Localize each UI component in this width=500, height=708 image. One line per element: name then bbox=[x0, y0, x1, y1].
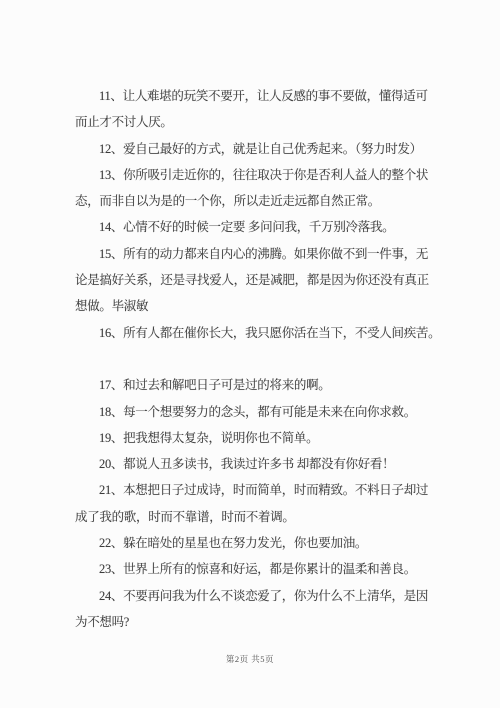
text-line: 16、所有人都在催你长大，我只愿你活在当下，不受人间疾苦。 bbox=[75, 320, 440, 346]
paragraph: 14、心情不好的时候一定要 多问问我，千万别冷落我。 bbox=[75, 214, 440, 240]
document-page: 11、让人难堪的玩笑不要开，让人反感的事不要做，懂得适可而止才不讨人厌。12、爱… bbox=[0, 0, 500, 708]
paragraph: 12、爱自己最好的方式，就是让自己优秀起来。（努力时发） bbox=[75, 136, 440, 162]
text-line: 12、爱自己最好的方式，就是让自己优秀起来。（努力时发） bbox=[75, 136, 440, 162]
text-line: 态，而非自以为是的一个你，所以走近走远都自然正常。 bbox=[75, 188, 440, 214]
paragraph: 19、把我想得太复杂，说明你也不简单。 bbox=[75, 425, 440, 451]
text-line: 而止才不讨人厌。 bbox=[75, 109, 440, 135]
text-line: 成了我的歌，时而不靠谱，时而不着调。 bbox=[75, 504, 440, 530]
text-line: 17、和过去和解吧日子可是过的将来的啊。 bbox=[75, 372, 440, 398]
paragraph: 13、你所吸引走近你的，往往取决于你是否利人益人的整个状态，而非自以为是的一个你… bbox=[75, 162, 440, 215]
paragraph: 15、所有的动力都来自内心的沸腾。如果你做不到一件事，无论是搞好关系，还是寻找爱… bbox=[75, 241, 440, 320]
text-line: 论是搞好关系，还是寻找爱人，还是减肥，都是因为你还没有真正 bbox=[75, 267, 440, 293]
text-line: 为不想吗? bbox=[75, 609, 440, 635]
paragraph: 16、所有人都在催你长大，我只愿你活在当下，不受人间疾苦。 bbox=[75, 320, 440, 346]
text-line: 11、让人难堪的玩笑不要开，让人反感的事不要做，懂得适可 bbox=[75, 83, 440, 109]
text-line: 14、心情不好的时候一定要 多问问我，千万别冷落我。 bbox=[75, 214, 440, 240]
paragraph: 22、躲在暗处的星星也在努力发光，你也要加油。 bbox=[75, 530, 440, 556]
document-body: 11、让人难堪的玩笑不要开，让人反感的事不要做，懂得适可而止才不讨人厌。12、爱… bbox=[75, 83, 440, 635]
text-line: 19、把我想得太复杂，说明你也不简单。 bbox=[75, 425, 440, 451]
paragraph: 23、世界上所有的惊喜和好运，都是你累计的温柔和善良。 bbox=[75, 556, 440, 582]
text-line: 23、世界上所有的惊喜和好运，都是你累计的温柔和善良。 bbox=[75, 556, 440, 582]
paragraph: 17、和过去和解吧日子可是过的将来的啊。 bbox=[75, 372, 440, 398]
page-indicator: 第2页 共5页 bbox=[0, 653, 500, 665]
text-line: 20、都说人丑多读书，我读过许多书 却都没有你好看！ bbox=[75, 451, 440, 477]
paragraph: 11、让人难堪的玩笑不要开，让人反感的事不要做，懂得适可而止才不讨人厌。 bbox=[75, 83, 440, 136]
text-line: 21、本想把日子过成诗，时而简单，时而精致。不料日子却过 bbox=[75, 477, 440, 503]
paragraph: 18、每一个想要努力的念头，都有可能是未来在向你求救。 bbox=[75, 399, 440, 425]
text-line: 22、躲在暗处的星星也在努力发光，你也要加油。 bbox=[75, 530, 440, 556]
text-line: 24、不要再问我为什么不谈恋爱了，你为什么不上清华，是因 bbox=[75, 583, 440, 609]
paragraph: 24、不要再问我为什么不谈恋爱了，你为什么不上清华，是因为不想吗? bbox=[75, 583, 440, 636]
text-line: 13、你所吸引走近你的，往往取决于你是否利人益人的整个状 bbox=[75, 162, 440, 188]
paragraph: 21、本想把日子过成诗，时而简单，时而精致。不料日子却过成了我的歌，时而不靠谱，… bbox=[75, 477, 440, 530]
blank-line bbox=[75, 346, 440, 372]
paragraph: 20、都说人丑多读书，我读过许多书 却都没有你好看！ bbox=[75, 451, 440, 477]
text-line: 想做。毕淑敏 bbox=[75, 293, 440, 319]
text-line: 15、所有的动力都来自内心的沸腾。如果你做不到一件事，无 bbox=[75, 241, 440, 267]
text-line: 18、每一个想要努力的念头，都有可能是未来在向你求救。 bbox=[75, 399, 440, 425]
